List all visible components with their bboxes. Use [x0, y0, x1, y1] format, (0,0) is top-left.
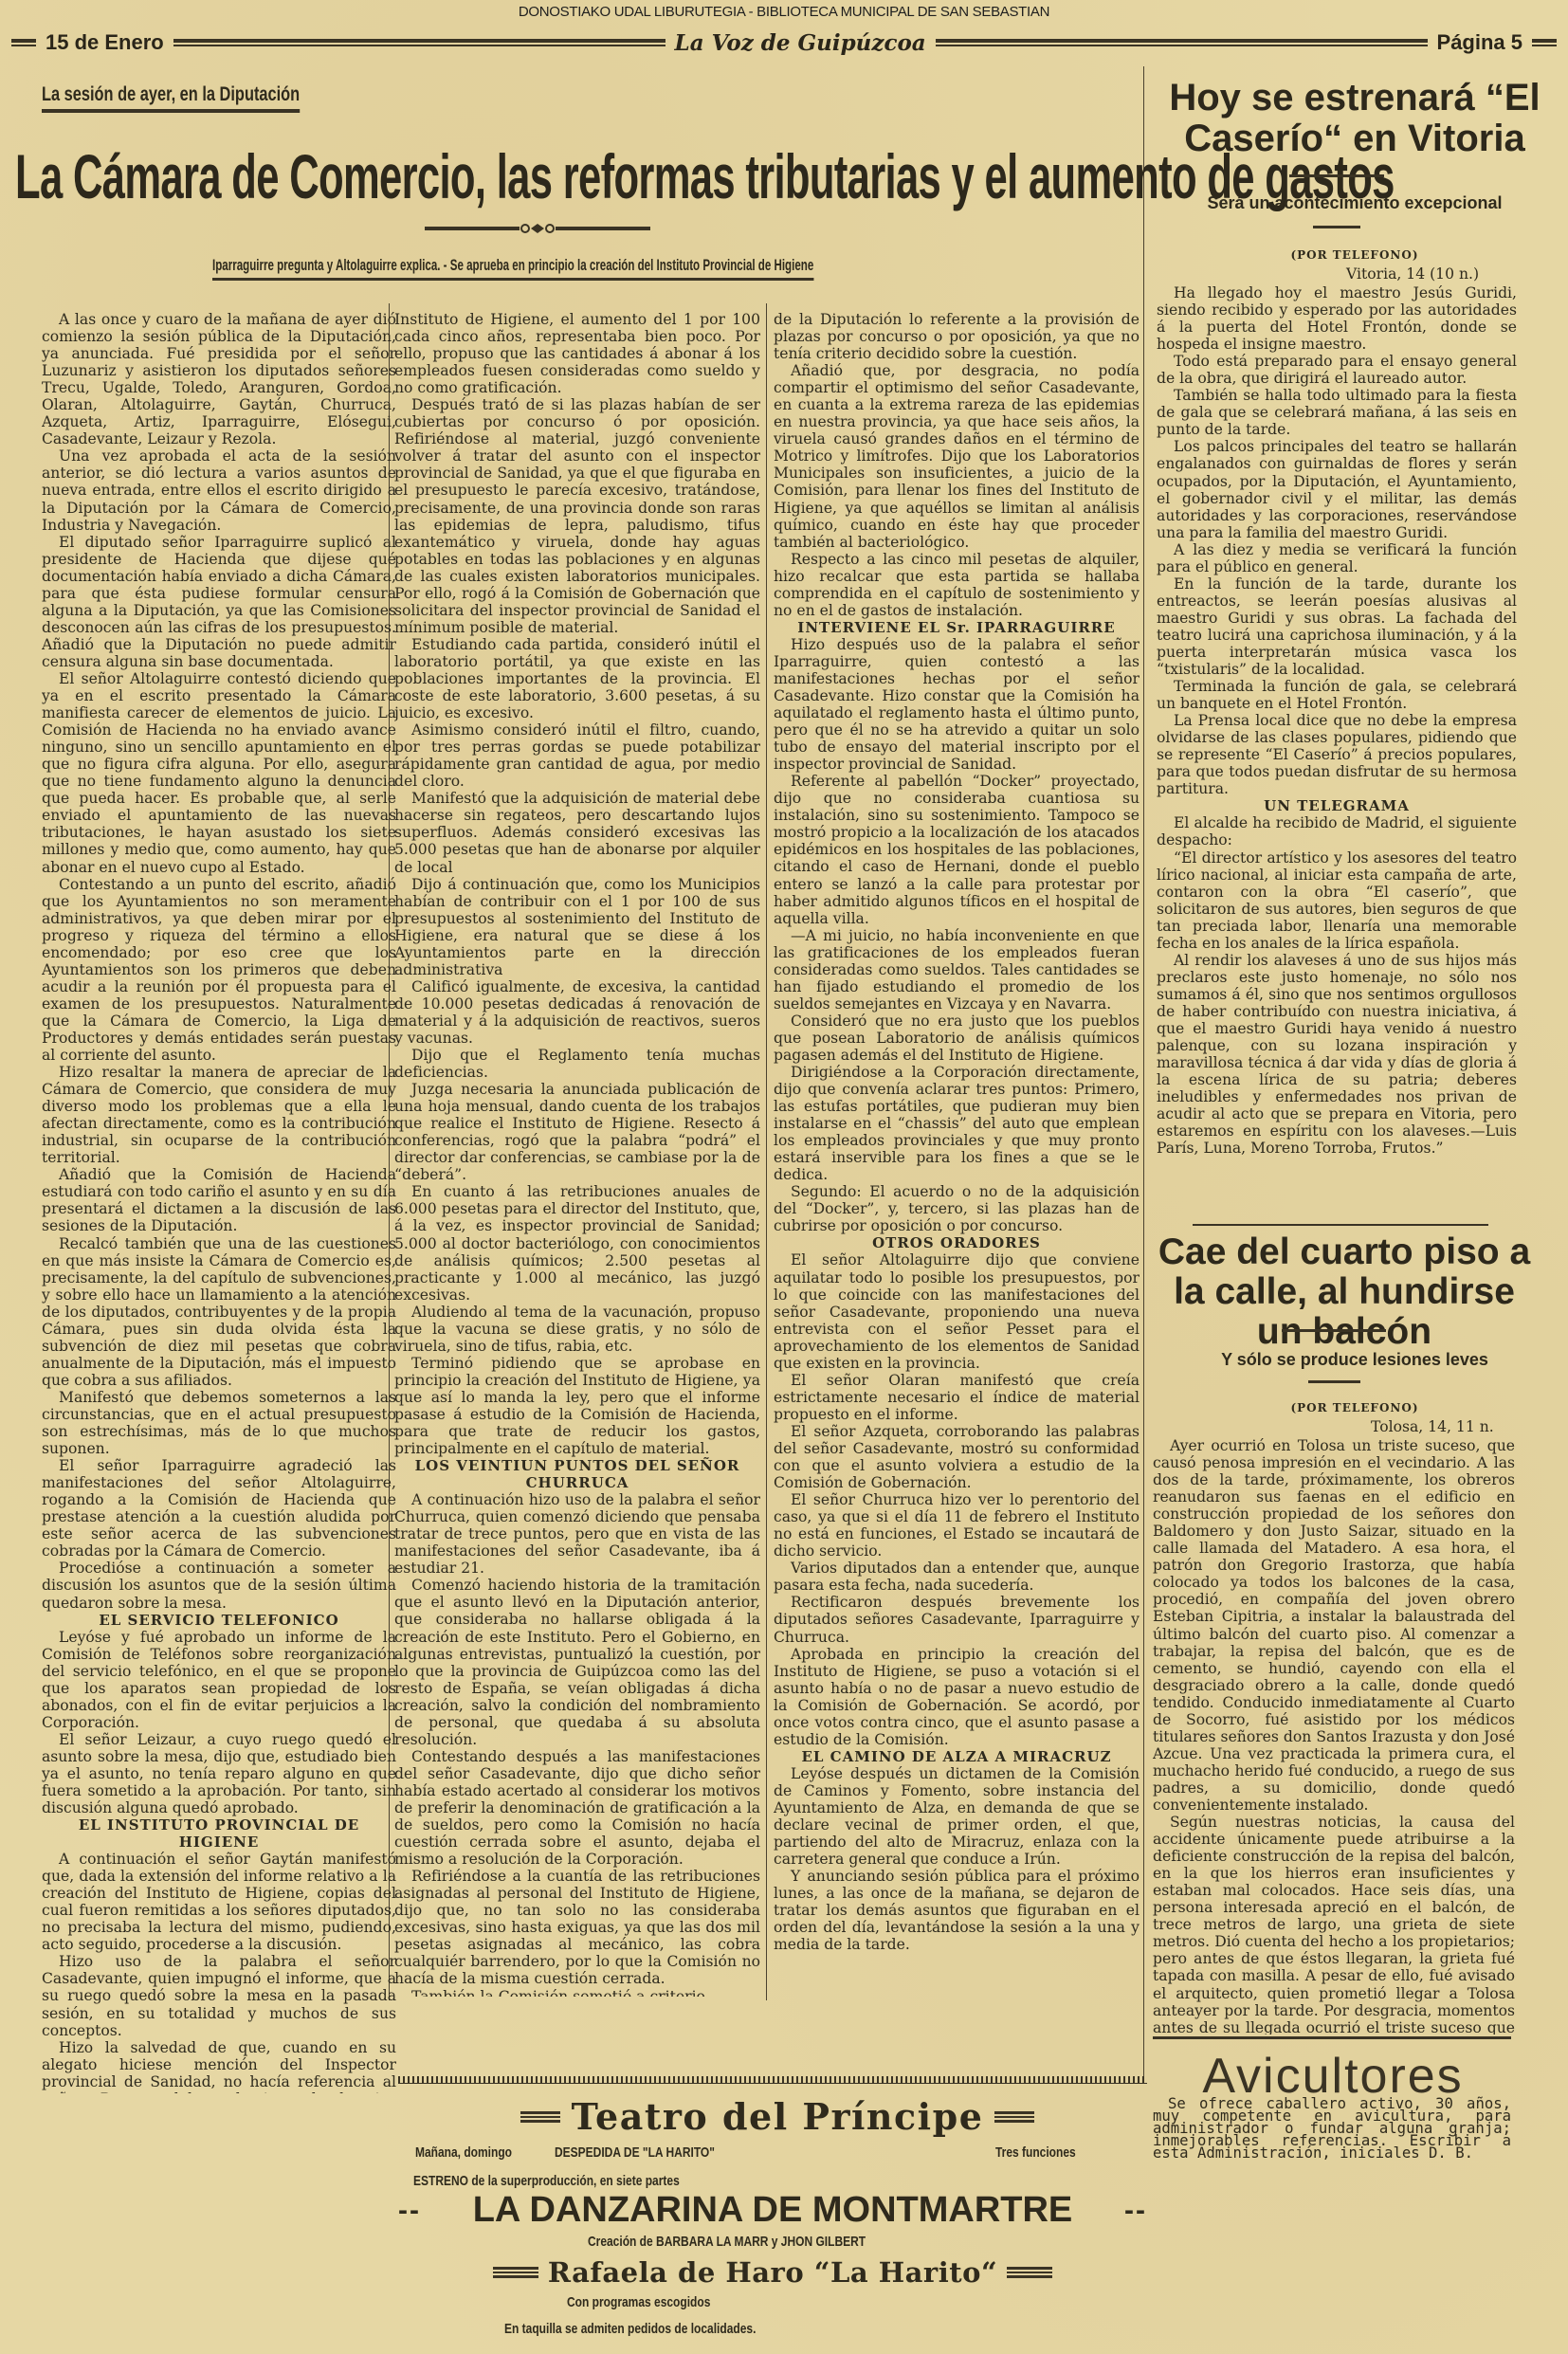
paragraph: Después trató de si las plazas habían de… — [394, 396, 760, 636]
masthead-rule — [936, 39, 1428, 46]
issue-date: 15 de Enero — [46, 30, 164, 55]
paragraph: Calificó igualmente, de excesiva, la can… — [394, 978, 760, 1047]
caserio-subhead: Será un acontecimiento excepcional — [1151, 193, 1559, 213]
library-watermark: DONOSTIAKO UDAL LIBURUTEGIA - BIBLIOTECA… — [0, 4, 1568, 20]
main-headline: La Cámara de Comercio, las reformas trib… — [15, 140, 773, 212]
paragraph: Instituto de Higiene, el aumento del 1 p… — [394, 311, 760, 396]
teatro-ad-title: Teatro del Príncipe — [572, 2095, 984, 2138]
paragraph: El señor Churruca hizo ver lo perentorio… — [774, 1491, 1140, 1560]
avicultores-ad-body: Se ofrece caballero activo, 30 años, muy… — [1153, 2098, 1511, 2160]
paragraph: El diputado señor Iparraguirre suplicó a… — [42, 534, 396, 670]
paragraph: Leyóse y fué aprobado un informe de la C… — [42, 1629, 396, 1731]
paragraph: La Prensa local dice que no debe la empr… — [1157, 712, 1517, 797]
paragraph: Juzga necesaria la anunciada publicación… — [394, 1081, 760, 1183]
paragraph: Los palcos principales del teatro se hal… — [1157, 438, 1517, 540]
masthead-ornament-left — [11, 39, 36, 46]
caserio-headline: Hoy se estrenará “El Caserío“ en Vitoria — [1151, 78, 1559, 159]
dash-ornament: -- — [1124, 2195, 1147, 2227]
paragraph: Estudiando cada partida, consideró inúti… — [394, 636, 760, 721]
paragraph: El señor Leizaur, a cuyo ruego quedó el … — [42, 1731, 396, 1816]
paragraph: Todo está preparado para el ensayo gener… — [1157, 353, 1517, 387]
paragraph: Hizo uso de la palabra el señor Casadeva… — [42, 1953, 396, 2038]
dash-ornament: -- — [398, 2195, 421, 2227]
masthead-rule — [173, 39, 665, 46]
caserio-body: Ha llegado hoy el maestro Jesús Guridi, … — [1157, 284, 1517, 1213]
column-divider — [1143, 66, 1144, 2076]
paragraph: Varios diputados dan a entender que, aun… — [774, 1560, 1140, 1594]
paragraph: Leyóse después un dictamen de la Comisió… — [774, 1765, 1140, 1868]
article-kicker: La sesión de ayer, en la Diputación — [42, 83, 300, 113]
main-subhead: Iparraguirre pregunta y Altolaguirre exp… — [212, 256, 813, 281]
paragraph: —A mi juicio, no había inconveniente en … — [774, 927, 1140, 1013]
paragraph: Manifestó que debemos someternos a las c… — [42, 1389, 396, 1457]
newspaper-title: La Voz de Guipúzcoa — [675, 30, 926, 56]
paragraph: “El director artístico y los asesores de… — [1157, 849, 1517, 952]
article-column-2: Instituto de Higiene, el aumento del 1 p… — [394, 311, 760, 1997]
paragraph: También la Comisión sometió a criterio — [394, 1988, 760, 1998]
paragraph: El señor Altolaguirre dijo que conviene … — [774, 1251, 1140, 1371]
paragraph: Manifestó que la adquisición de material… — [394, 790, 760, 875]
teatro-ad-artist: Rafaela de Haro “La Harito“ — [548, 2256, 997, 2289]
paragraph: Contestando después a las manifestacione… — [394, 1748, 760, 1868]
paragraph: El señor Olaran manifestó que creía estr… — [774, 1372, 1140, 1423]
paragraph: A continuación hizo uso de la palabra el… — [394, 1491, 760, 1577]
paragraph: Añadió que, por desgracia, no podía comp… — [774, 362, 1140, 551]
paragraph: En cuanto á las retribuciones anuales de… — [394, 1183, 760, 1303]
paragraph: Rectificaron después brevemente los dipu… — [774, 1594, 1140, 1645]
triple-rule-ornament — [994, 2111, 1034, 2123]
paragraph: Y anunciando sesión pública para el próx… — [774, 1868, 1140, 1953]
section-heading: UN TELEGRAMA — [1157, 797, 1517, 814]
paragraph: Refiriéndose a la cuantía de las retribu… — [394, 1868, 760, 1987]
headline-rule — [1289, 174, 1384, 177]
article-column-1: A las once y cuaro de la mañana de ayer … — [42, 311, 396, 2093]
section-heading: EL SERVICIO TELEFONICO — [42, 1612, 396, 1629]
avicultores-ad-text: Se ofrece caballero activo, 30 años, muy… — [1153, 2098, 1511, 2160]
headline-rule — [1282, 1329, 1386, 1332]
teatro-ad-event: DESPEDIDA DE "LA HARITO" — [555, 2144, 715, 2161]
triple-rule-ornament — [1007, 2267, 1052, 2278]
paragraph: de la Diputación lo referente a la provi… — [774, 311, 1140, 362]
section-heading: EL CAMINO DE ALZA A MIRACRUZ — [774, 1748, 1140, 1765]
masthead-ornament-right — [1532, 39, 1557, 46]
article-column-3: de la Diputación lo referente a la provi… — [774, 311, 1140, 1997]
paragraph: Contestando a un punto del escrito, añad… — [42, 876, 396, 1065]
balcon-headline: Cae del cuarto piso a la calle, al hundi… — [1155, 1232, 1534, 1352]
teatro-ad-premiere: ESTRENO de la superproducción, en siete … — [413, 2173, 680, 2189]
paragraph: Segundo: El acuerdo o no de la adquisici… — [774, 1183, 1140, 1234]
caserio-byline: (POR TELEFONO) — [1151, 248, 1559, 262]
paragraph: Dijo que el Reglamento tenía muchas defi… — [394, 1047, 760, 1081]
paragraph: Asimismo consideró inútil el filtro, cua… — [394, 721, 760, 790]
paragraph: A las diez y media se verificará la func… — [1157, 541, 1517, 575]
column-divider — [766, 303, 767, 2000]
section-heading: INTERVIENE EL Sr. IPARRAGUIRRE — [774, 619, 1140, 636]
paragraph: Respecto a las cinco mil pesetas de alqu… — [774, 551, 1140, 619]
paragraph: Recalcó también que una de las cuestione… — [42, 1235, 396, 1389]
paragraph: Aludiendo al tema de la vacunación, prop… — [394, 1304, 760, 1355]
paragraph: Hizo después uso de la palabra el señor … — [774, 636, 1140, 773]
paragraph: Hizo la salvedad de que, cuando en su al… — [42, 2039, 396, 2093]
paragraph: Una vez aprobada el acta de la sesión an… — [42, 447, 396, 533]
teatro-ad-credits: Creación de BARBARA LA MARR y JHON GILBE… — [588, 2234, 866, 2250]
balcon-dateline: Tolosa, 14, 11 n. — [1371, 1418, 1494, 1435]
triple-rule-ornament — [493, 2267, 538, 2278]
teatro-ad-day: Mañana, domingo — [415, 2144, 512, 2161]
paragraph: Terminó pidiendo que se aprobase en prin… — [394, 1355, 760, 1457]
paragraph: Procedióse a continuación a someter a di… — [42, 1560, 396, 1611]
paragraph: Al rendir los alaveses á uno de sus hijo… — [1157, 952, 1517, 1158]
paragraph: Consideró que no era justo que los puebl… — [774, 1013, 1140, 1064]
page-number: Página 5 — [1437, 30, 1522, 55]
paragraph: Comenzó haciendo historia de la tramitac… — [394, 1577, 760, 1747]
section-heading: OTROS ORADORES — [774, 1234, 1140, 1251]
paragraph: A las once y cuaro de la mañana de ayer … — [42, 311, 396, 447]
paragraph: Terminada la función de gala, se celebra… — [1157, 678, 1517, 712]
paragraph: El señor Azqueta, corroborando las palab… — [774, 1423, 1140, 1491]
paragraph: Según nuestras noticias, la causa del ac… — [1153, 1814, 1515, 2035]
teatro-ad-programs: Con programas escogidos — [567, 2294, 710, 2310]
subhead-rule — [1308, 1380, 1360, 1383]
masthead: 15 de Enero La Voz de Guipúzcoa Página 5 — [11, 28, 1557, 57]
balcon-body: Ayer ocurrió en Tolosa un triste suceso,… — [1153, 1437, 1515, 2035]
balcon-subhead: Y sólo se produce lesiones leves — [1151, 1350, 1559, 1370]
paragraph: El señor Altolaguirre contestó diciendo … — [42, 670, 396, 876]
teatro-ad-title-row: Teatro del Príncipe — [408, 2095, 1147, 2138]
paragraph: En la función de la tarde, durante los e… — [1157, 575, 1517, 678]
paragraph: El alcalde ha recibido de Madrid, el sig… — [1157, 814, 1517, 849]
subhead-rule — [1313, 226, 1360, 228]
triple-rule-ornament — [520, 2111, 560, 2123]
balcon-byline: (POR TELEFONO) — [1151, 1401, 1559, 1414]
ad-rule — [1153, 2036, 1511, 2039]
wavy-divider — [398, 2076, 1147, 2084]
section-rule — [1193, 1224, 1488, 1226]
paragraph: Añadió que la Comisión de Hacienda estud… — [42, 1166, 396, 1234]
paragraph: Aprobada en principio la creación del In… — [774, 1646, 1140, 1748]
paragraph: Dirigiéndose a la Corporación directamen… — [774, 1064, 1140, 1183]
teatro-ad-tickets: En taquilla se admiten pedidos de locali… — [504, 2321, 756, 2337]
caserio-dateline: Vitoria, 14 (10 n.) — [1346, 265, 1479, 283]
teatro-ad-film-title: LA DANZARINA DE MONTMARTRE — [473, 2190, 1073, 2231]
section-heading: EL INSTITUTO PROVINCIAL DE HIGIENE — [42, 1816, 396, 1851]
paragraph: El señor Iparraguirre agradeció las mani… — [42, 1457, 396, 1560]
paragraph: Ha llegado hoy el maestro Jesús Guridi, … — [1157, 284, 1517, 353]
teatro-ad-film-row: -- LA DANZARINA DE MONTMARTRE -- — [398, 2190, 1147, 2231]
paragraph: A continuación el señor Gaytán manifestó… — [42, 1851, 396, 1953]
paragraph: Dijo á continuación que, como los Munici… — [394, 876, 760, 978]
section-heading: LOS VEINTIUN PUNTOS DEL SEÑOR CHURRUCA — [394, 1457, 760, 1491]
teatro-ad-artist-row: Rafaela de Haro “La Harito“ — [398, 2256, 1147, 2289]
paragraph: También se halla todo ultimado para la f… — [1157, 387, 1517, 438]
teatro-ad-sessions: Tres funciones — [995, 2144, 1076, 2161]
ornament-divider-icon — [425, 222, 650, 235]
paragraph: Ayer ocurrió en Tolosa un triste suceso,… — [1153, 1437, 1515, 1814]
paragraph: Referente al pabellón “Docker” proyectad… — [774, 773, 1140, 926]
paragraph: Hizo resaltar la manera de apreciar de l… — [42, 1064, 396, 1166]
